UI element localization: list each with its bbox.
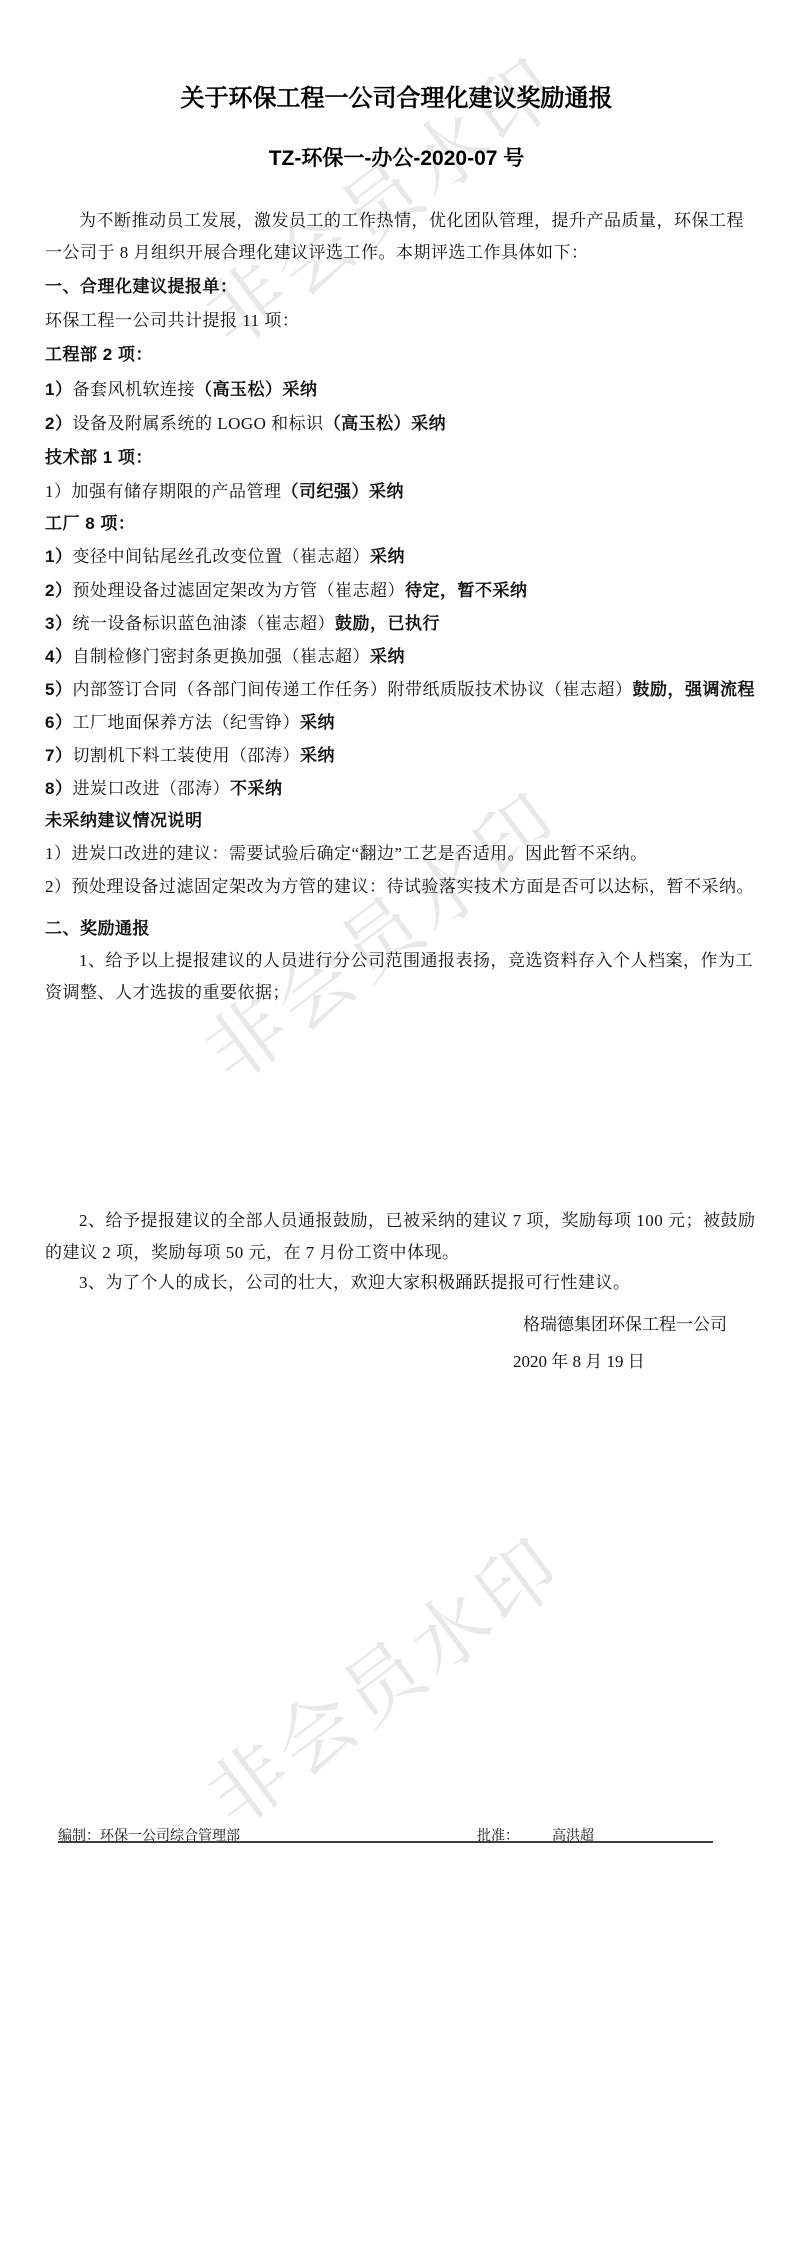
intro-line-2: 一公司于 8 月组织开展合理化建议评选工作。本期评选工作具体如下：	[45, 242, 589, 264]
factory-item-4: 4）自制检修门密封条更换加强（崔志超）采纳	[45, 646, 405, 668]
intro-line-1: 为不断推动员工发展，激发员工的工作热情，优化团队管理，提升产品质量，环保工程	[79, 210, 744, 232]
doc-text-bold: 8）	[45, 779, 72, 798]
factory-item-8: 8）进炭口改进（邵涛）不采纳	[45, 778, 282, 800]
doc-text: 2、给予提报建议的全部人员通报鼓励，已被采纳的建议 7 项，奖励每项 100 元…	[79, 1211, 756, 1230]
document-number: TZ-环保一-办公-2020-07 号	[0, 142, 793, 172]
factory-item-7: 7）切割机下料工装使用（邵涛）采纳	[45, 745, 335, 767]
doc-text: 备套风机软连接	[72, 380, 195, 399]
engineering-item-1: 1）备套风机软连接（高玉松）采纳	[45, 379, 317, 401]
doc-text: 加强有储存期限的产品管理	[72, 482, 282, 501]
reward-para-1-line-2: 资调整、人才选拔的重要依据；	[45, 982, 290, 1004]
doc-text-bold: 5）	[45, 680, 72, 699]
technology-item-1: 1）加强有储存期限的产品管理（司纪强）采纳	[45, 481, 404, 503]
doc-text-bold: 工程部 2 项：	[45, 345, 153, 364]
signature-date: 2020 年 8 月 19 日	[513, 1347, 645, 1372]
page-title: 关于环保工程一公司合理化建议奖励通报	[0, 78, 793, 113]
doc-text-bold: 2）	[45, 581, 72, 600]
reward-para-3: 3、为了个人的成长，公司的壮大，欢迎大家积极踊跃提报可行性建议。	[79, 1272, 631, 1294]
doc-text-bold: 不采纳	[230, 779, 283, 798]
doc-text: 为不断推动员工发展，激发员工的工作热情，优化团队管理，提升产品质量，环保工程	[79, 211, 744, 230]
doc-text-bold: （高玉松）采纳	[324, 414, 447, 433]
factory-item-1: 1）变径中间钻尾丝孔改变位置（崔志超）采纳	[45, 546, 405, 568]
doc-text-bold: 1）	[45, 547, 72, 566]
doc-text-bold: （司纪强）采纳	[282, 482, 405, 501]
doc-text-bold: 2）	[45, 414, 72, 433]
footer-underline	[58, 1841, 713, 1843]
dept-engineering-heading: 工程部 2 项：	[45, 344, 153, 366]
factory-item-5: 5）内部签订合同（各部门间传递工作任务）附带纸质版技术协议（崔志超）鼓励，强调流…	[45, 679, 755, 701]
engineering-item-2: 2）设备及附属系统的 LOGO 和标识（高玉松）采纳	[45, 413, 446, 435]
doc-text: 切割机下料工装使用（邵涛）	[72, 746, 300, 765]
doc-text: 变径中间钻尾丝孔改变位置（崔志超）	[72, 547, 370, 566]
not-adopted-item-1: 1）进炭口改进的建议：需要试验后确定“翻边”工艺是否适用。因此暂不采纳。	[45, 843, 648, 865]
dept-factory-heading: 工厂 8 项：	[45, 513, 135, 535]
doc-text: 一公司于 8 月组织开展合理化建议评选工作。本期评选工作具体如下：	[45, 243, 589, 262]
doc-text: 环保工程一公司共计提报 11 项：	[45, 311, 299, 330]
document-page: 非会员水印 非会员水印 非会员水印 关于环保工程一公司合理化建议奖励通报 TZ-…	[0, 0, 793, 2244]
factory-item-6: 6）工厂地面保养方法（纪雪铮）采纳	[45, 712, 335, 734]
doc-text: 3、为了个人的成长，公司的壮大，欢迎大家积极踊跃提报可行性建议。	[79, 1273, 631, 1292]
doc-text: 1）	[45, 482, 72, 501]
section2-heading: 二、奖励通报	[45, 918, 150, 940]
doc-text-bold: 待定，暂不采纳	[405, 581, 528, 600]
doc-text-bold: 4）	[45, 647, 72, 666]
doc-text-bold: 技术部 1 项：	[45, 448, 153, 467]
doc-text: 自制检修门密封条更换加强（崔志超）	[72, 647, 370, 666]
not-adopted-heading: 未采纳建议情况说明	[45, 810, 203, 832]
watermark-text-bottom: 非会员水印	[181, 1506, 584, 1848]
factory-item-2: 2）预处理设备过滤固定架改为方管（崔志超）待定，暂不采纳	[45, 580, 527, 602]
doc-text: 2）预处理设备过滤固定架改为方管的建议：待试验落实技术方面是否可以达标，暂不采纳…	[45, 877, 754, 896]
reward-para-2-line-2: 的建议 2 项，奖励每项 50 元，在 7 月份工资中体现。	[45, 1242, 460, 1264]
doc-text-bold: 鼓励，已执行	[335, 614, 440, 633]
doc-text-bold: 采纳	[370, 547, 405, 566]
section1-heading: 一、合理化建议提报单：	[45, 276, 238, 298]
doc-text-bold: 3）	[45, 614, 72, 633]
doc-text: 设备及附属系统的 LOGO 和标识	[72, 414, 323, 433]
doc-text: 进炭口改进（邵涛）	[72, 779, 230, 798]
doc-text-bold: 采纳	[300, 746, 335, 765]
doc-text-bold: 7）	[45, 746, 72, 765]
doc-text-bold: 工厂 8 项：	[45, 514, 135, 533]
doc-text: 预处理设备过滤固定架改为方管（崔志超）	[72, 581, 405, 600]
reward-para-2-line-1: 2、给予提报建议的全部人员通报鼓励，已被采纳的建议 7 项，奖励每项 100 元…	[79, 1210, 756, 1232]
doc-text: 资调整、人才选拔的重要依据；	[45, 983, 290, 1002]
doc-text: 1、给予以上提报建议的人员进行分公司范围通报表扬，竞选资料存入个人档案，作为工	[79, 951, 753, 970]
doc-text-bold: 1）	[45, 380, 72, 399]
doc-text-bold: 6）	[45, 713, 72, 732]
doc-text: 统一设备标识蓝色油漆（崔志超）	[72, 614, 335, 633]
doc-text-bold: 未采纳建议情况说明	[45, 811, 203, 830]
doc-text: 内部签订合同（各部门间传递工作任务）附带纸质版技术协议（崔志超）	[72, 680, 632, 699]
total-count-line: 环保工程一公司共计提报 11 项：	[45, 310, 299, 332]
watermark-text-middle: 非会员水印	[179, 761, 582, 1103]
doc-text-bold: 采纳	[300, 713, 335, 732]
doc-text-bold: 鼓励，强调流程	[632, 680, 755, 699]
doc-text: 的建议 2 项，奖励每项 50 元，在 7 月份工资中体现。	[45, 1243, 460, 1262]
doc-text: 1）进炭口改进的建议：需要试验后确定“翻边”工艺是否适用。因此暂不采纳。	[45, 844, 648, 863]
signature-company: 格瑞德集团环保工程一公司	[523, 1310, 727, 1335]
not-adopted-item-2: 2）预处理设备过滤固定架改为方管的建议：待试验落实技术方面是否可以达标，暂不采纳…	[45, 876, 754, 898]
doc-text-bold: （高玉松）采纳	[195, 380, 318, 399]
doc-text-bold: 采纳	[370, 647, 405, 666]
doc-text-bold: 二、奖励通报	[45, 919, 150, 938]
doc-text-bold: 一、合理化建议提报单：	[45, 277, 238, 296]
dept-technology-heading: 技术部 1 项：	[45, 447, 153, 469]
factory-item-3: 3）统一设备标识蓝色油漆（崔志超）鼓励，已执行	[45, 613, 440, 635]
doc-text: 工厂地面保养方法（纪雪铮）	[72, 713, 300, 732]
reward-para-1-line-1: 1、给予以上提报建议的人员进行分公司范围通报表扬，竞选资料存入个人档案，作为工	[79, 950, 753, 972]
